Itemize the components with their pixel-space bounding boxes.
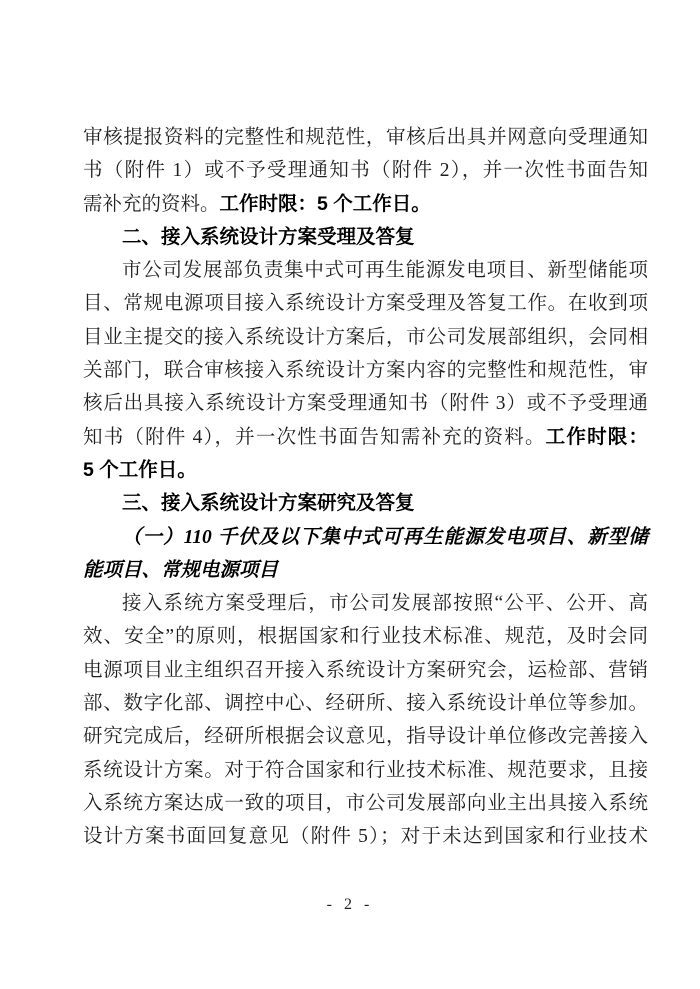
doc-line: 知书（附件 4），并一次性书面告知需补充的资料。工作时限： bbox=[83, 421, 648, 454]
doc-text: 设计方案书面回复意见（附件 5）；对于未达到国家和行业技术 bbox=[83, 826, 648, 847]
doc-line: 三、接入系统设计方案研究及答复 bbox=[83, 487, 648, 520]
doc-text: 需补充的资料。 bbox=[83, 194, 220, 215]
doc-line: 5 个工作日。 bbox=[83, 454, 648, 487]
doc-text-bold: 二、接入系统设计方案受理及答复 bbox=[122, 226, 415, 248]
doc-text: 关部门，联合审核接入系统设计方案内容的完整性和规范性，审 bbox=[83, 360, 648, 381]
page-number: - 2 - bbox=[0, 896, 700, 914]
doc-text: 目业主提交的接入系统设计方案后，市公司发展部组织，会同相 bbox=[83, 327, 648, 348]
doc-text: 效、安全”的原则，根据国家和行业技术标准、规范，及时会同 bbox=[83, 626, 648, 647]
doc-text: 书（附件 1）或不予受理通知书（附件 2），并一次性书面告知 bbox=[83, 160, 648, 181]
doc-line: 二、接入系统设计方案受理及答复 bbox=[83, 221, 648, 254]
doc-line: 市公司发展部负责集中式可再生能源发电项目、新型储能项 bbox=[83, 254, 648, 287]
doc-text: 研究完成后，经研所根据会议意见，指导设计单位修改完善接入 bbox=[83, 726, 648, 747]
doc-line: 关部门，联合审核接入系统设计方案内容的完整性和规范性，审 bbox=[83, 354, 648, 387]
doc-text: 核后出具接入系统设计方案受理通知书（附件 3）或不予受理通 bbox=[83, 393, 648, 414]
doc-text: 接入系统方案受理后，市公司发展部按照“公平、公开、高 bbox=[122, 593, 648, 614]
doc-line: 入系统方案达成一致的项目，市公司发展部向业主出具接入系统 bbox=[83, 787, 648, 820]
doc-line: 审核提报资料的完整性和规范性，审核后出具并网意向受理通知 bbox=[83, 121, 648, 154]
doc-line: 接入系统方案受理后，市公司发展部按照“公平、公开、高 bbox=[83, 587, 648, 620]
doc-line: 目业主提交的接入系统设计方案后，市公司发展部组织，会同相 bbox=[83, 321, 648, 354]
doc-line: 书（附件 1）或不予受理通知书（附件 2），并一次性书面告知 bbox=[83, 154, 648, 187]
doc-line: 需补充的资料。工作时限：5 个工作日。 bbox=[83, 188, 648, 221]
doc-text-bold: 能项目、常规电源项目 bbox=[83, 560, 278, 581]
doc-text: 部、数字化部、调控中心、经研所、接入系统设计单位等参加。 bbox=[83, 693, 648, 714]
doc-text: 电源项目业主组织召开接入系统设计方案研究会，运检部、营销 bbox=[83, 660, 648, 681]
doc-text: 市公司发展部负责集中式可再生能源发电项目、新型储能项 bbox=[122, 260, 648, 281]
doc-text: 目、常规电源项目接入系统设计方案受理及答复工作。在收到项 bbox=[83, 293, 648, 314]
doc-line: 能项目、常规电源项目 bbox=[83, 554, 648, 587]
doc-text-bold: 工作时限：5 个工作日。 bbox=[220, 193, 431, 215]
doc-line: 研究完成后，经研所根据会议意见，指导设计单位修改完善接入 bbox=[83, 720, 648, 753]
doc-text: 系统设计方案。对于符合国家和行业技术标准、规范要求，且接 bbox=[83, 760, 648, 781]
doc-line: （一）110 千伏及以下集中式可再生能源发电项目、新型储 bbox=[83, 521, 648, 554]
document-page: 审核提报资料的完整性和规范性，审核后出具并网意向受理通知书（附件 1）或不予受理… bbox=[0, 0, 700, 989]
doc-line: 系统设计方案。对于符合国家和行业技术标准、规范要求，且接 bbox=[83, 754, 648, 787]
doc-text-bold: （一）110 千伏及以下集中式可再生能源发电项目、新型储 bbox=[122, 527, 648, 548]
doc-text-bold: 工作时限： bbox=[546, 426, 648, 448]
doc-line: 电源项目业主组织召开接入系统设计方案研究会，运检部、营销 bbox=[83, 654, 648, 687]
doc-text: 审核提报资料的完整性和规范性，审核后出具并网意向受理通知 bbox=[83, 127, 648, 148]
doc-line: 设计方案书面回复意见（附件 5）；对于未达到国家和行业技术 bbox=[83, 820, 648, 853]
doc-text-bold: 三、接入系统设计方案研究及答复 bbox=[122, 492, 415, 514]
doc-text-bold: 5 个工作日。 bbox=[83, 459, 197, 481]
doc-line: 核后出具接入系统设计方案受理通知书（附件 3）或不予受理通 bbox=[83, 387, 648, 420]
doc-line: 目、常规电源项目接入系统设计方案受理及答复工作。在收到项 bbox=[83, 287, 648, 320]
doc-line: 效、安全”的原则，根据国家和行业技术标准、规范，及时会同 bbox=[83, 620, 648, 653]
doc-text: 入系统方案达成一致的项目，市公司发展部向业主出具接入系统 bbox=[83, 793, 648, 814]
doc-line: 部、数字化部、调控中心、经研所、接入系统设计单位等参加。 bbox=[83, 687, 648, 720]
document-body: 审核提报资料的完整性和规范性，审核后出具并网意向受理通知书（附件 1）或不予受理… bbox=[83, 121, 648, 854]
doc-text: 知书（附件 4），并一次性书面告知需补充的资料。 bbox=[83, 427, 546, 448]
